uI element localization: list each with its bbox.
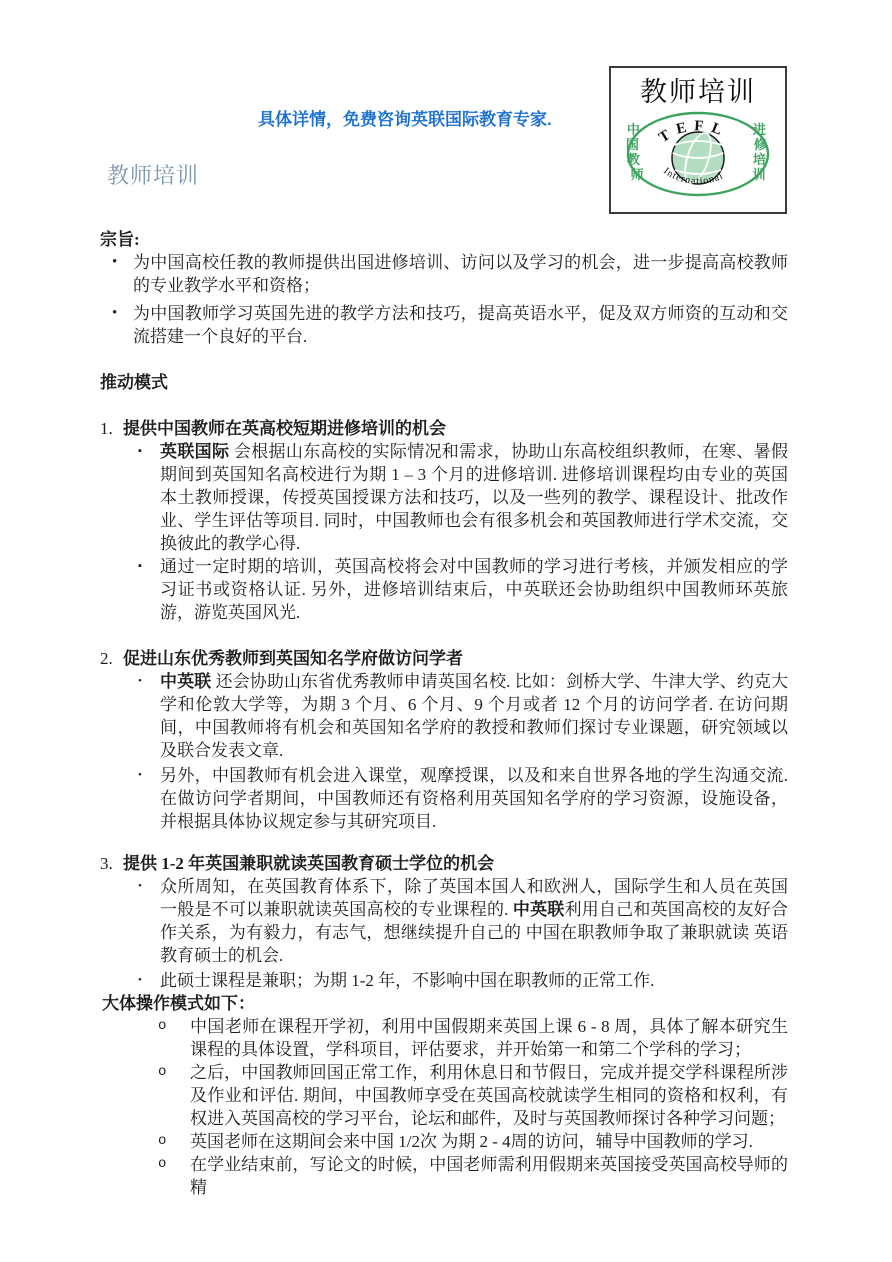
item-bullet: • 此硕士课程是兼职；为期 1-2 年，不影响中国在职教师的正常工作. — [100, 969, 788, 992]
operation-bullet-text: 在学业结束前，写论文的时候，中国老师需利用假期来英国接受英国高校导师的精 — [190, 1153, 788, 1199]
bullet-dot-icon: • — [112, 251, 133, 297]
bullet-square-icon: ▪ — [138, 555, 160, 624]
page-title: 教师培训 — [107, 159, 199, 190]
item-title: 促进山东优秀教师到英国知名学府做访问学者 — [123, 647, 788, 670]
item-bullet: • 另外，中国教师有机会进入课堂，观摩授课，以及和来自世界各地的学生沟通交流. … — [100, 764, 788, 833]
item-title: 提供 1-2 年英国兼职就读英国教育硕士学位的机会 — [123, 852, 788, 875]
numbered-item-1: 1. 提供中国教师在英高校短期进修培训的机会 — [100, 417, 788, 440]
logo-left-text: 中 国 教 师 — [626, 122, 644, 182]
operation-bullet: o 英国老师在这期间会来中国 1/2次 为期 2 - 4周的访问，辅导中国教师的… — [100, 1130, 788, 1153]
bullet-dot-icon: • — [138, 670, 160, 762]
tefl-logo-icon: TEFL International 中 国 教 师 进 修 培 训 — [620, 109, 776, 199]
bold-term: 中英联 — [513, 900, 565, 919]
logo-box-title: 教师培训 — [611, 79, 785, 106]
item-bullet: ▪ 通过一定时期的培训，英国高校将会对中国教师的学习进行考核，并颁发相应的学习证… — [100, 555, 788, 624]
operation-bullet: o 在学业结束前，写论文的时候，中国老师需利用假期来英国接受英国高校导师的精 — [100, 1153, 788, 1199]
item-bullet-text: 另外，中国教师有机会进入课堂，观摩授课，以及和来自世界各地的学生沟通交流. 在做… — [160, 764, 788, 833]
numbered-item-2: 2. 促进山东优秀教师到英国知名学府做访问学者 — [100, 647, 788, 670]
purpose-heading: 宗旨: — [100, 228, 788, 251]
bullet-dot-icon: • — [138, 875, 160, 967]
item-number: 1. — [100, 417, 123, 440]
bullet-circle-icon: o — [158, 1015, 190, 1061]
bullet-dot-icon: • — [138, 764, 160, 833]
bullet-circle-icon: o — [158, 1061, 190, 1130]
operation-bullet-text: 中国老师在课程开学初，利用中国假期来英国上课 6 - 8 周，具体了解本研究生课… — [190, 1015, 788, 1061]
document-body: 宗旨: • 为中国高校任教的教师提供出国进修培训、访问以及学习的机会，进一步提高… — [100, 228, 788, 1199]
purpose-bullet: • 为中国教师学习英国先进的教学方法和技巧，提高英语水平，促及双方师资的互动和交… — [100, 302, 788, 348]
logo-box: 教师培训 TEFL International 中 国 教 师 — [609, 66, 787, 214]
item-title: 提供中国教师在英高校短期进修培训的机会 — [123, 417, 788, 440]
item-bullet-text: 通过一定时期的培训，英国高校将会对中国教师的学习进行考核，并颁发相应的学习证书或… — [160, 555, 788, 624]
item-bullet-text: 众所周知，在英国教育体系下，除了英国本国人和欧洲人，国际学生和人员在英国一般是不… — [160, 875, 788, 967]
operation-bullet-text: 之后，中国教师回国正常工作，利用休息日和节假日，完成并提交学科课程所涉及作业和评… — [190, 1061, 788, 1130]
operation-bullet: o 中国老师在课程开学初，利用中国假期来英国上课 6 - 8 周，具体了解本研究… — [100, 1015, 788, 1061]
mode-heading: 推动模式 — [100, 371, 788, 394]
item-bullet: ▪ 英联国际 会根据山东高校的实际情况和需求，协助山东高校组织教师，在寒、暑假期… — [100, 440, 788, 555]
purpose-bullet-text: 为中国教师学习英国先进的教学方法和技巧，提高英语水平，促及双方师资的互动和交流搭… — [133, 302, 788, 348]
operation-bullet-text: 英国老师在这期间会来中国 1/2次 为期 2 - 4周的访问，辅导中国教师的学习… — [190, 1130, 788, 1153]
bullet-circle-icon: o — [158, 1153, 190, 1199]
operation-heading: 大体操作模式如下： — [100, 992, 788, 1015]
item-bullet-text: 中英联 还会协助山东省优秀教师申请英国名校. 比如：剑桥大学、牛津大学、约克大学… — [160, 670, 788, 762]
item-bullet-text: 此硕士课程是兼职；为期 1-2 年，不影响中国在职教师的正常工作. — [160, 969, 788, 992]
operation-bullet: o 之后，中国教师回国正常工作，利用休息日和节假日，完成并提交学科课程所涉及作业… — [100, 1061, 788, 1130]
item-number: 2. — [100, 647, 123, 670]
bullet-dot-icon: • — [138, 969, 160, 992]
bullet-square-icon: ▪ — [138, 440, 160, 555]
item-bullet-text: 英联国际 会根据山东高校的实际情况和需求，协助山东高校组织教师，在寒、暑假期间到… — [160, 440, 788, 555]
numbered-item-3: 3. 提供 1-2 年英国兼职就读英国教育硕士学位的机会 — [100, 852, 788, 875]
bullet-circle-icon: o — [158, 1130, 190, 1153]
bullet-dot-icon: • — [112, 302, 133, 348]
item-bullet: • 众所周知，在英国教育体系下，除了英国本国人和欧洲人，国际学生和人员在英国一般… — [100, 875, 788, 967]
bold-term: 英联国际 — [160, 442, 229, 461]
purpose-bullet-text: 为中国高校任教的教师提供出国进修培训、访问以及学习的机会，进一步提高高校教师的专… — [133, 251, 788, 297]
bold-term: 中英联 — [160, 672, 211, 691]
logo-right-text: 进 修 培 训 — [752, 122, 770, 182]
document-page: 具体详情，免费咨询英联国际教育专家. 教师培训 教师培训 TEFL Intern… — [0, 0, 892, 1262]
purpose-bullet: • 为中国高校任教的教师提供出国进修培训、访问以及学习的机会，进一步提高高校教师… — [100, 251, 788, 297]
consult-note: 具体详情，免费咨询英联国际教育专家. — [258, 105, 552, 130]
item-number: 3. — [100, 852, 123, 875]
item-bullet: • 中英联 还会协助山东省优秀教师申请英国名校. 比如：剑桥大学、牛津大学、约克… — [100, 670, 788, 762]
